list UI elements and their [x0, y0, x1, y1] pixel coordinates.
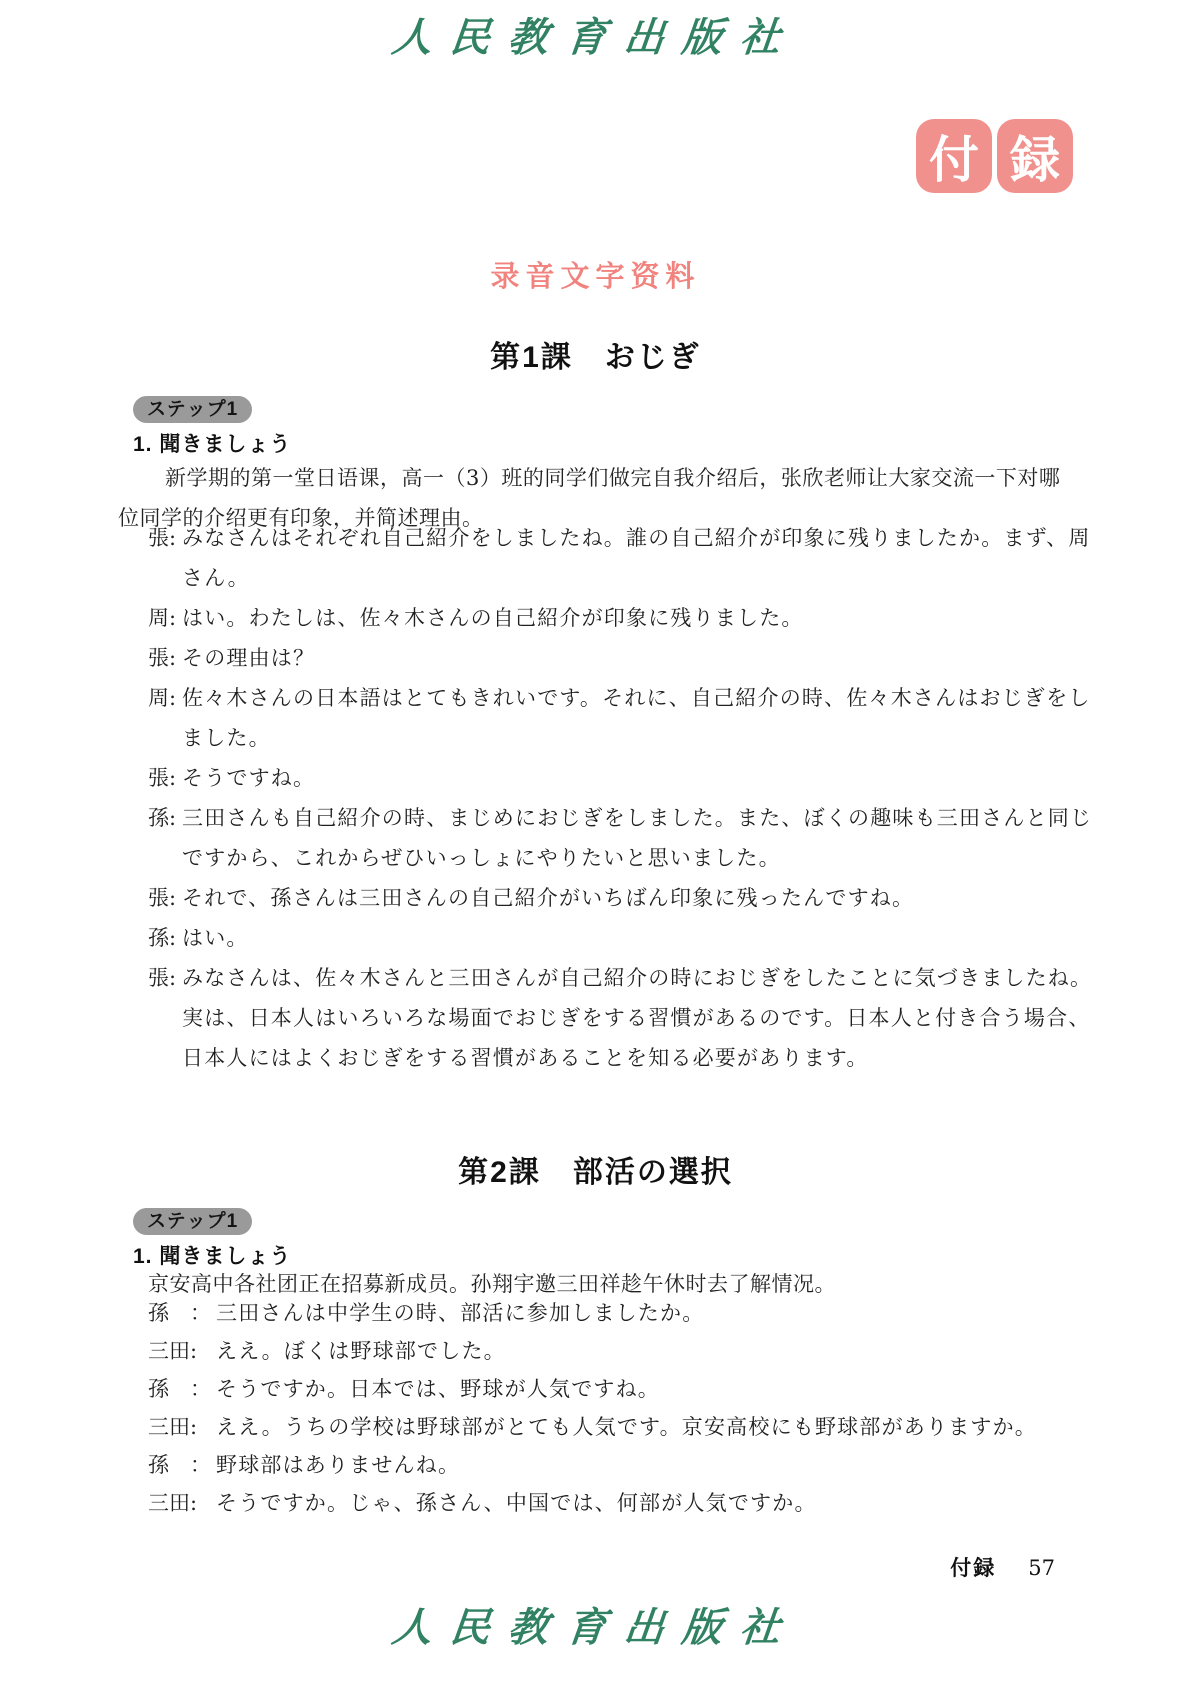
- dialogue-line: 孫 ： そうですか。日本では、野球が人気ですね。: [148, 1370, 1138, 1408]
- lesson-2-step-badge: ステップ1: [133, 1208, 252, 1235]
- dialogue-line: 張: そうですね。: [148, 758, 1094, 798]
- dialogue-line: 三田: ええ。うちの学校は野球部がとても人気です。京安高校にも野球部がありますか…: [148, 1408, 1138, 1446]
- dialogue-speaker: 張:: [148, 958, 182, 1078]
- dialogue-line: 孫: 三田さんも自己紹介の時、まじめにおじぎをしました。また、ぼくの趣味も三田さ…: [148, 798, 1094, 878]
- publisher-logo-bottom-text: 人民教育出版社: [390, 1604, 801, 1651]
- dialogue-speaker: 孫 ：: [148, 1370, 216, 1408]
- lesson-1-activity-label: 1. 聞きましょう: [133, 428, 291, 458]
- publisher-logo-top: 人民教育出版社: [0, 6, 1191, 63]
- appendix-badge-tile-1: 付: [916, 119, 992, 193]
- lesson-1-step-badge: ステップ1: [133, 396, 252, 423]
- page-title: 录音文字资料: [0, 254, 1191, 295]
- dialogue-line: 張: その理由は？: [148, 638, 1094, 678]
- dialogue-speaker: 三田:: [148, 1484, 216, 1522]
- dialogue-text: ええ。ぼくは野球部でした。: [216, 1332, 1138, 1370]
- dialogue-text: そうですか。じゃ、孫さん、中国では、何部が人気ですか。: [216, 1484, 1138, 1522]
- dialogue-speaker: 孫 ：: [148, 1446, 216, 1484]
- lesson-1-dialogue: 張: みなさんはそれぞれ自己紹介をしましたね。誰の自己紹介が印象に残りましたか。…: [148, 518, 1094, 1078]
- lesson-2-title: 第2課 部活の選択: [0, 1147, 1191, 1191]
- dialogue-speaker: 三田:: [148, 1332, 216, 1370]
- dialogue-text: 野球部はありませんね。: [216, 1446, 1138, 1484]
- dialogue-line: 張: みなさんはそれぞれ自己紹介をしましたね。誰の自己紹介が印象に残りましたか。…: [148, 518, 1094, 598]
- dialogue-line: 孫 ： 野球部はありませんね。: [148, 1446, 1138, 1484]
- dialogue-speaker: 張:: [148, 518, 182, 598]
- dialogue-text: その理由は？: [182, 638, 1094, 678]
- dialogue-line: 張: それで、孫さんは三田さんの自己紹介がいちばん印象に残ったんですね。: [148, 878, 1094, 918]
- dialogue-text: 佐々木さんの日本語はとてもきれいです。それに、自己紹介の時、佐々木さんはおじぎを…: [182, 678, 1094, 758]
- dialogue-text: 三田さんは中学生の時、部活に参加しましたか。: [216, 1294, 1138, 1332]
- dialogue-line: 孫: はい。: [148, 918, 1094, 958]
- dialogue-speaker: 周:: [148, 598, 182, 638]
- dialogue-text: それで、孫さんは三田さんの自己紹介がいちばん印象に残ったんですね。: [182, 878, 1094, 918]
- dialogue-speaker: 孫:: [148, 798, 182, 878]
- page-footer: 付録 57: [950, 1552, 1055, 1582]
- dialogue-speaker: 張:: [148, 638, 182, 678]
- publisher-logo-bottom: 人民教育出版社: [0, 1596, 1191, 1653]
- dialogue-text: 三田さんも自己紹介の時、まじめにおじぎをしました。また、ぼくの趣味も三田さんと同…: [182, 798, 1094, 878]
- dialogue-speaker: 孫:: [148, 918, 182, 958]
- footer-page-number: 57: [1028, 1556, 1055, 1580]
- dialogue-line: 周: はい。わたしは、佐々木さんの自己紹介が印象に残りました。: [148, 598, 1094, 638]
- dialogue-line: 張: みなさんは、佐々木さんと三田さんが自己紹介の時におじぎをしたことに気づきま…: [148, 958, 1094, 1078]
- dialogue-speaker: 孫 ：: [148, 1294, 216, 1332]
- dialogue-text: そうですね。: [182, 758, 1094, 798]
- dialogue-line: 三田: ええ。ぼくは野球部でした。: [148, 1332, 1138, 1370]
- dialogue-text: はい。: [182, 918, 1094, 958]
- lesson-1-title: 第1課 おじぎ: [0, 332, 1191, 376]
- dialogue-line: 周: 佐々木さんの日本語はとてもきれいです。それに、自己紹介の時、佐々木さんはお…: [148, 678, 1094, 758]
- publisher-logo-top-text: 人民教育出版社: [390, 14, 801, 61]
- appendix-badge-tile-2: 録: [997, 119, 1073, 193]
- dialogue-speaker: 張:: [148, 878, 182, 918]
- dialogue-line: 三田: そうですか。じゃ、孫さん、中国では、何部が人気ですか。: [148, 1484, 1138, 1522]
- appendix-badge: 付 録: [916, 119, 1073, 193]
- dialogue-text: ええ。うちの学校は野球部がとても人気です。京安高校にも野球部がありますか。: [216, 1408, 1138, 1446]
- lesson-2-dialogue: 孫 ： 三田さんは中学生の時、部活に参加しましたか。 三田: ええ。ぼくは野球部…: [148, 1294, 1138, 1522]
- dialogue-text: みなさんはそれぞれ自己紹介をしましたね。誰の自己紹介が印象に残りましたか。まず、…: [182, 518, 1094, 598]
- dialogue-speaker: 周:: [148, 678, 182, 758]
- dialogue-text: そうですか。日本では、野球が人気ですね。: [216, 1370, 1138, 1408]
- dialogue-text: はい。わたしは、佐々木さんの自己紹介が印象に残りました。: [182, 598, 1094, 638]
- dialogue-speaker: 三田:: [148, 1408, 216, 1446]
- dialogue-speaker: 張:: [148, 758, 182, 798]
- dialogue-text: みなさんは、佐々木さんと三田さんが自己紹介の時におじぎをしたことに気づきましたね…: [182, 958, 1094, 1078]
- dialogue-line: 孫 ： 三田さんは中学生の時、部活に参加しましたか。: [148, 1294, 1138, 1332]
- footer-section-label: 付録: [950, 1552, 996, 1582]
